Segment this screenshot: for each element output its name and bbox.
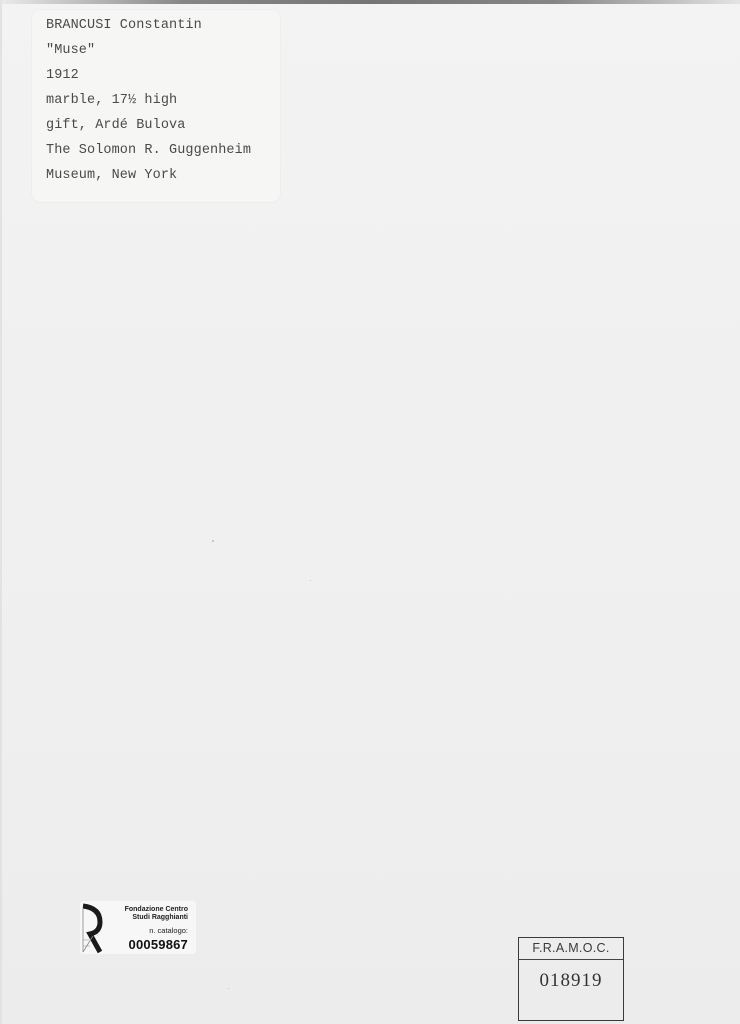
scan-edge-shadow <box>0 0 740 4</box>
label-artist: BRANCUSI Constantin <box>46 18 202 33</box>
document-sheet: BRANCUSI Constantin "Muse" 1912 marble, … <box>0 0 740 1024</box>
label-credit: gift, Ardé Bulova <box>46 118 185 133</box>
paper-speck <box>212 540 214 542</box>
framoc-header: F.R.A.M.O.C. <box>519 938 623 960</box>
label-medium: marble, 17½ high <box>46 93 177 108</box>
fcsr-org-line-2: Studi Ragghianti <box>125 914 188 922</box>
fcsr-catalog-label: n. catalogo: <box>149 926 188 935</box>
label-year: 1912 <box>46 68 79 83</box>
r-logo-icon <box>80 902 104 954</box>
paper-speck <box>310 580 311 581</box>
artwork-label: BRANCUSI Constantin "Muse" 1912 marble, … <box>32 10 280 202</box>
framoc-number: 018919 <box>519 970 623 992</box>
framoc-stamp: F.R.A.M.O.C. 018919 <box>518 937 624 1021</box>
fcsr-catalog-number: 00059867 <box>129 937 188 952</box>
fcsr-org-name: Fondazione Centro Studi Ragghianti <box>125 906 188 922</box>
label-museum-2: Museum, New York <box>46 168 177 183</box>
scan-left-edge <box>0 0 2 1024</box>
paper-speck <box>228 988 229 989</box>
label-museum-1: The Solomon R. Guggenheim <box>46 143 251 158</box>
fcsr-org-line-1: Fondazione Centro <box>125 906 188 914</box>
fcsr-catalog-stamp: Fondazione Centro Studi Ragghianti n. ca… <box>80 901 196 954</box>
label-title: "Muse" <box>46 43 95 58</box>
